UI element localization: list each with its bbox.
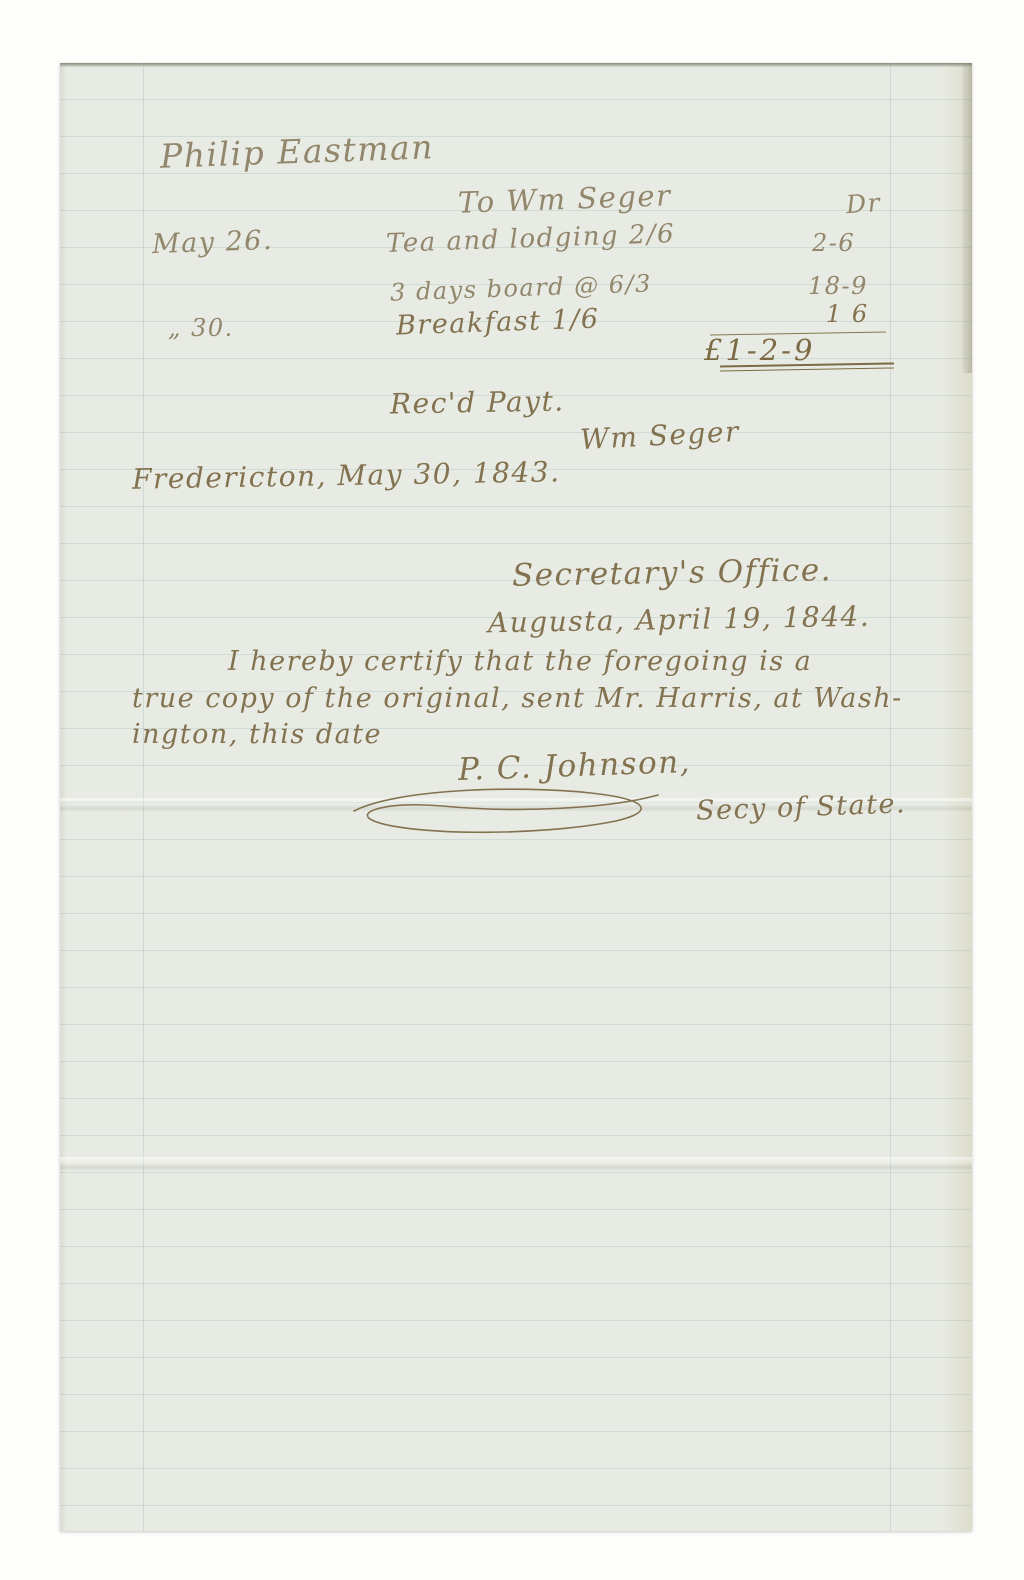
scanned-document: Philip Eastman To Wm Seger Dr May 26. Te… — [0, 0, 1024, 1580]
receipt-place-date: Fredericton, May 30, 1843. — [132, 458, 561, 493]
certification-line-3: ington, this date — [132, 721, 382, 748]
paper-top-edge — [60, 63, 972, 67]
total-double-underline-bottom — [720, 367, 894, 371]
certification-line-2: true copy of the original, sent Mr. Harr… — [132, 685, 903, 712]
margin-rule-left — [143, 63, 144, 1531]
ledger-row-1-description: Tea and lodging 2/6 — [386, 221, 676, 257]
debtor-name: Philip Eastman — [160, 130, 435, 173]
paper-sheet: Philip Eastman To Wm Seger Dr May 26. Te… — [60, 63, 972, 1531]
secretary-title: Secy of State. — [696, 790, 907, 824]
ledger-row-1-date: May 26. — [152, 227, 274, 258]
creditor-signature: Wm Seger — [579, 418, 740, 454]
signature-flourish — [346, 781, 666, 839]
fold-crease-lower — [60, 1157, 972, 1170]
certification-line-1: I hereby certify that the foregoing is a — [228, 648, 812, 675]
ledger-row-3-description: Breakfast 1/6 — [396, 305, 600, 339]
office-place-date: Augusta, April 19, 1844. — [488, 603, 871, 638]
ledger-row-2-description: 3 days board @ 6/3 — [390, 271, 653, 304]
paper-corner-fold — [962, 63, 972, 373]
ledger-row-3-date: „ 30. — [168, 316, 234, 340]
office-heading: Secretary's Office. — [512, 555, 833, 592]
ledger-row-2-amount: 18-9 — [808, 274, 868, 298]
debit-abbreviation: Dr — [845, 190, 882, 217]
creditor-line: To Wm Seger — [458, 181, 672, 217]
ledger-row-3-amount: 1 6 — [826, 302, 869, 326]
total-amount: £1-2-9 — [704, 336, 815, 365]
received-payment-note: Rec'd Payt. — [390, 387, 565, 418]
ledger-row-1-amount: 2-6 — [812, 231, 855, 255]
